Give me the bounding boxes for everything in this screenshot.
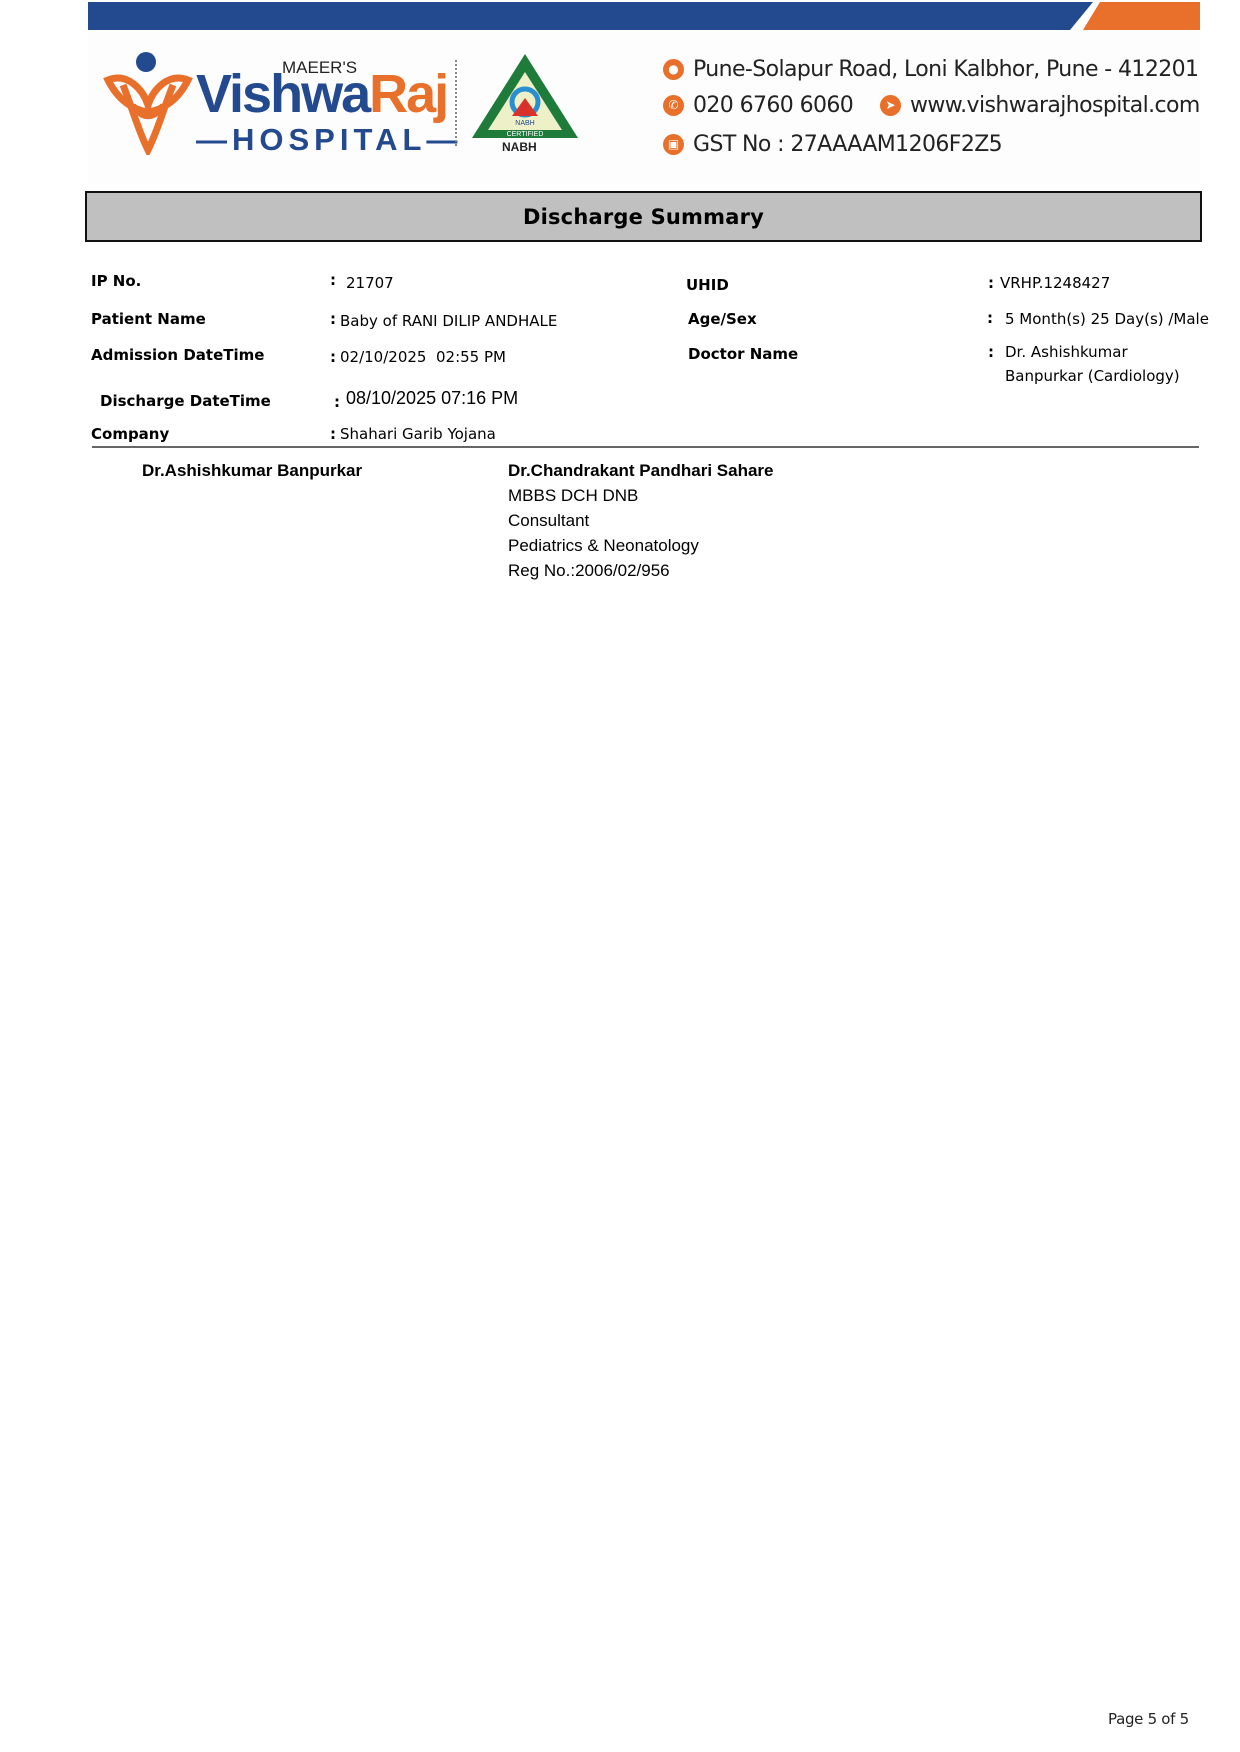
gst-text: GST No : 27AAAAM1206F2Z5 bbox=[693, 132, 1002, 157]
patient-name-label: Patient Name bbox=[91, 310, 206, 328]
brand-name-part1: Vishwa bbox=[196, 64, 369, 124]
location-pin-icon: ● bbox=[663, 59, 684, 80]
header-divider bbox=[455, 60, 457, 146]
document-title: Discharge Summary bbox=[87, 205, 1200, 229]
brand-name: VishwaRaj bbox=[196, 64, 447, 124]
age-sex-value: 5 Month(s) 25 Day(s) /Male bbox=[1005, 310, 1209, 328]
age-sex-separator: : bbox=[987, 309, 993, 327]
ip-no-label: IP No. bbox=[91, 272, 141, 290]
hospital-gst: ▣GST No : 27AAAAM1206F2Z5 bbox=[663, 131, 1002, 159]
hospital-phone: ✆020 6760 6060 bbox=[663, 92, 853, 120]
uhid-separator: : bbox=[988, 274, 994, 292]
doctor-name-label: Doctor Name bbox=[688, 345, 798, 363]
signature-right-qualification: MBBS DCH DNB bbox=[508, 483, 638, 508]
brand-name-part2: Raj bbox=[369, 64, 447, 124]
document-icon: ▣ bbox=[663, 134, 684, 155]
company-separator: : bbox=[330, 425, 336, 443]
doctor-name-value-line1: Dr. Ashishkumar bbox=[1005, 343, 1128, 361]
cursor-icon: ➤ bbox=[880, 95, 901, 116]
document-title-box: Discharge Summary bbox=[85, 191, 1202, 242]
patient-name-value: Baby of RANI DILIP ANDHALE bbox=[340, 312, 557, 330]
hospital-logo-icon bbox=[103, 50, 163, 155]
signature-right-reg-no: Reg No.:2006/02/956 bbox=[508, 558, 670, 583]
address-text: Pune-Solapur Road, Loni Kalbhor, Pune - … bbox=[693, 57, 1198, 82]
brand-subtitle: —HOSPITAL— bbox=[196, 122, 462, 158]
doctor-name-value-line2: Banpurkar (Cardiology) bbox=[1005, 367, 1180, 385]
svg-text:CERTIFIED: CERTIFIED bbox=[507, 131, 544, 138]
signature-right-name: Dr.Chandrakant Pandhari Sahare bbox=[508, 458, 773, 483]
company-label: Company bbox=[91, 425, 169, 443]
discharge-datetime-value: 08/10/2025 07:16 PM bbox=[346, 388, 518, 409]
admission-datetime-label: Admission DateTime bbox=[91, 346, 264, 364]
hospital-address: ●Pune-Solapur Road, Loni Kalbhor, Pune -… bbox=[663, 56, 1198, 84]
age-sex-label: Age/Sex bbox=[688, 310, 757, 328]
signature-left-name: Dr.Ashishkumar Banpurkar bbox=[142, 458, 362, 483]
admission-datetime-separator: : bbox=[330, 348, 336, 366]
signature-right-designation: Consultant bbox=[508, 508, 589, 533]
ip-no-separator: : bbox=[330, 271, 336, 289]
hospital-website[interactable]: ➤www.vishwarajhospital.com bbox=[880, 92, 1200, 120]
header-banner-stripe bbox=[88, 2, 1200, 30]
page-number: Page 5 of 5 bbox=[1108, 1710, 1189, 1728]
nabh-label: NABH bbox=[502, 140, 537, 154]
discharge-datetime-label: Discharge DateTime bbox=[100, 392, 271, 410]
patient-name-separator: : bbox=[330, 310, 336, 328]
phone-icon: ✆ bbox=[663, 95, 684, 116]
section-divider bbox=[92, 446, 1199, 448]
admission-datetime-value: 02/10/2025 02:55 PM bbox=[340, 348, 506, 366]
doctor-name-separator: : bbox=[988, 343, 994, 361]
company-value: Shahari Garib Yojana bbox=[340, 425, 496, 443]
uhid-value: VRHP.1248427 bbox=[1000, 274, 1110, 292]
signature-right-department: Pediatrics & Neonatology bbox=[508, 533, 699, 558]
svg-text:NABH: NABH bbox=[515, 120, 534, 127]
uhid-label: UHID bbox=[686, 276, 729, 294]
phone-text: 020 6760 6060 bbox=[693, 93, 853, 118]
ip-no-value: 21707 bbox=[346, 274, 394, 292]
website-link[interactable]: www.vishwarajhospital.com bbox=[910, 93, 1200, 118]
discharge-datetime-separator: : bbox=[334, 393, 340, 411]
